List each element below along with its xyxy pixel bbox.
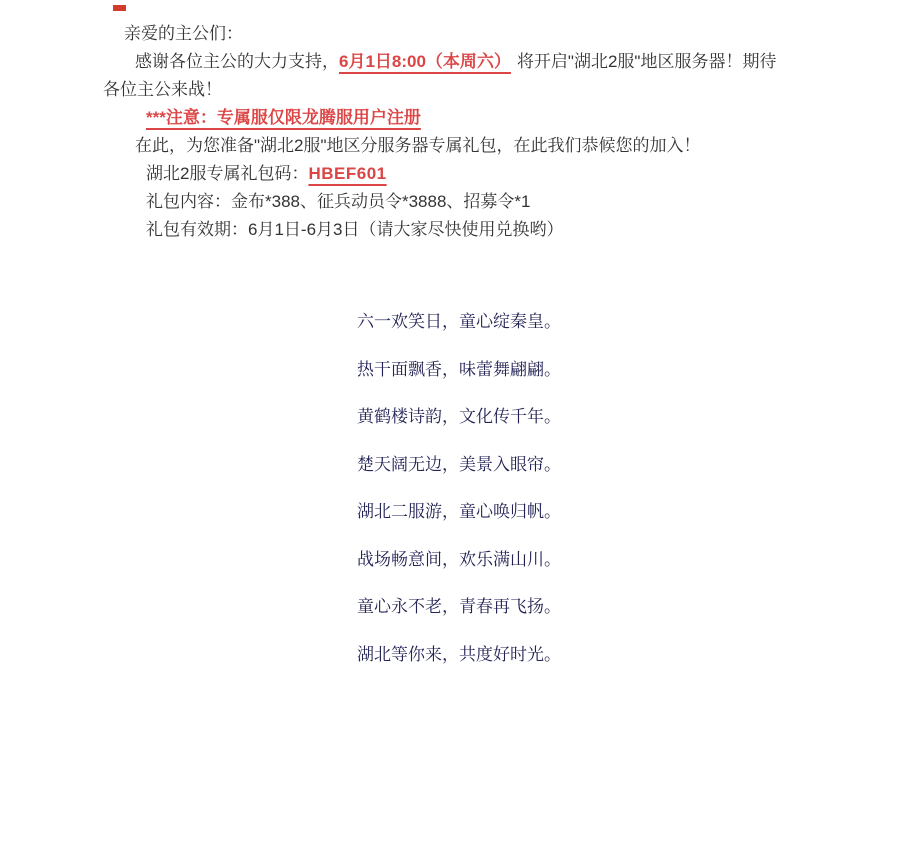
poem-line: 湖北等你来，共度好时光。	[103, 641, 815, 669]
poem-block: 六一欢笑日，童心绽秦皇。 热干面飘香，味蕾舞翩翩。 黄鹤楼诗韵，文化传千年。 楚…	[103, 308, 815, 669]
thanks-text-pre: 感谢各位主公的大力支持，	[135, 52, 339, 71]
gift-validity-line: 礼包有效期：6月1日-6月3日（请大家尽快使用兑换哟）	[103, 216, 815, 244]
red-mark-decoration	[113, 5, 126, 11]
para-gift-intro: 在此，为您准备"湖北2服"地区分服务器专属礼包，在此我们恭候您的加入！	[103, 132, 815, 160]
poem-line: 六一欢笑日，童心绽秦皇。	[103, 308, 815, 336]
gift-code-label: 湖北2服专属礼包码：	[146, 164, 308, 183]
gift-content-line: 礼包内容：金布*388、征兵动员令*3888、招募令*1	[103, 188, 815, 216]
registration-notice: ***注意：专属服仅限龙腾服用户注册	[103, 104, 815, 132]
gift-code-value: HBEF601	[308, 164, 386, 183]
announcement-body: 亲爱的主公们： 感谢各位主公的大力支持，6月1日8:00（本周六）将开启"湖北2…	[0, 0, 915, 669]
poem-line: 楚天阔无边，美景入眼帘。	[103, 451, 815, 479]
poem-line: 黄鹤楼诗韵，文化传千年。	[103, 403, 815, 431]
announcement-page: 亲爱的主公们： 感谢各位主公的大力支持，6月1日8:00（本周六）将开启"湖北2…	[0, 0, 915, 857]
gift-code-line: 湖北2服专属礼包码：HBEF601	[103, 160, 815, 188]
open-time-highlight: 6月1日8:00（本周六）	[339, 52, 511, 71]
greeting-line: 亲爱的主公们：	[103, 20, 815, 48]
poem-line: 战场畅意间，欢乐满山川。	[103, 546, 815, 574]
poem-line: 热干面飘香，味蕾舞翩翩。	[103, 356, 815, 384]
poem-line: 湖北二服游，童心唤归帆。	[103, 498, 815, 526]
poem-line: 童心永不老，青春再飞扬。	[103, 593, 815, 621]
para-server-open: 感谢各位主公的大力支持，6月1日8:00（本周六）将开启"湖北2服"地区服务器！…	[103, 48, 779, 104]
